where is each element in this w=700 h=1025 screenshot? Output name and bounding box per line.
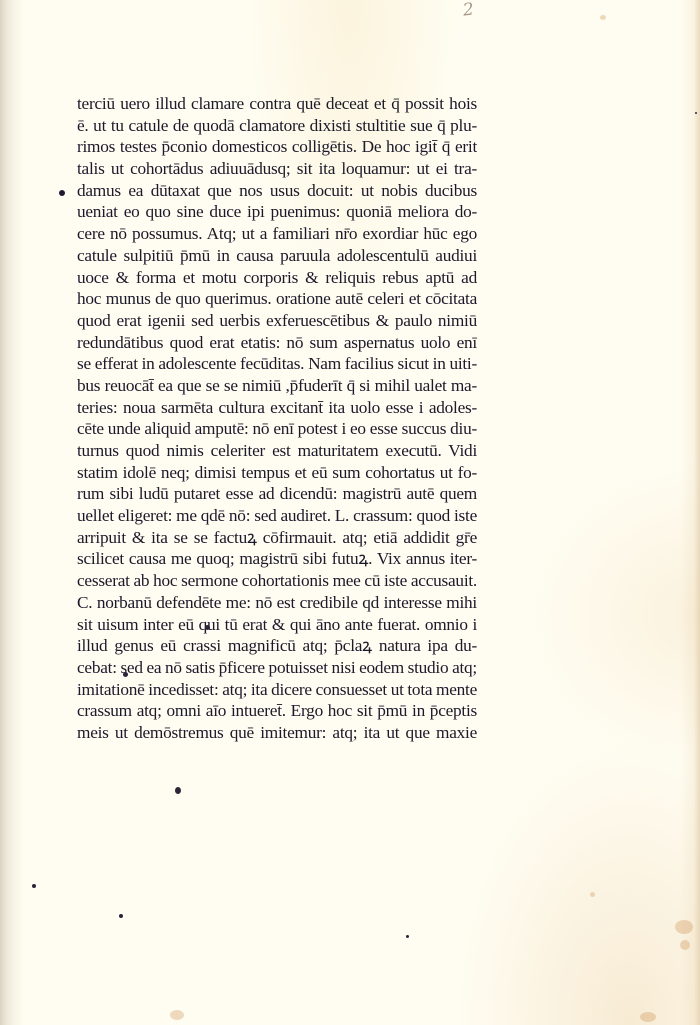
text-line: cēte unde aliquid amputē: nō enī potest … [77, 418, 477, 440]
text-line: cebat: sed ea nō satis p̄ficere potuisse… [77, 657, 477, 679]
text-line: C. norbanū defendēte me: nō est credibil… [77, 592, 477, 614]
foxing-spot [680, 940, 690, 950]
foxing-spot [640, 1012, 656, 1022]
ink-spot [175, 787, 181, 794]
ink-spot [695, 112, 697, 114]
text-line: sit uisum inter eū qui tū erat & qui āno… [77, 614, 477, 636]
text-line: statim idolē neq; dimisi tempus et eū su… [77, 462, 477, 484]
paragraph-marker-dot [59, 190, 65, 196]
text-line: bus reuocāt̄ ea que se se nimiū ,p̄fuder… [77, 375, 477, 397]
text-line: crassum atq; omni aīo intueret̄. Ergo ho… [77, 700, 477, 722]
ink-spot [32, 884, 36, 888]
text-line: cesserat ab hoc sermone cohortationis me… [77, 570, 477, 592]
text-line: talis ut cohortādus adiuuādusq; sit ita … [77, 158, 477, 180]
text-line: quod erat igenii sed uerbis exferuescēti… [77, 310, 477, 332]
ink-spot [406, 935, 409, 938]
text-line: arripuit & ita se se factuꝝ cōfirmauit. … [77, 527, 477, 549]
foxing-spot [675, 920, 693, 934]
text-line: catule sulpitiū p̄mū in causa paruula ad… [77, 245, 477, 267]
text-line: redundātibus quod erat etatis: nō sum as… [77, 332, 477, 354]
foxing-spot [590, 892, 595, 897]
text-line: rum sibi ludū putaret esse ad dicendū: m… [77, 483, 477, 505]
text-line: uellet eligeret: me qdē nō: sed audiret.… [77, 505, 477, 527]
text-line: teries: noua sarmēta cultura excitant̄ i… [77, 397, 477, 419]
text-line: scilicet causa me quoq; magistrū sibi fu… [77, 548, 477, 570]
folio-number: 2 [462, 0, 476, 21]
text-line: hoc munus de quo querimus. oratione autē… [77, 288, 477, 310]
text-line: turnus quod nimis celeriter est maturita… [77, 440, 477, 462]
ink-spot [123, 672, 128, 677]
ink-spot [205, 625, 210, 630]
text-line: se efferat in adolescente fecūditas. Nam… [77, 353, 477, 375]
text-line: illud genus eū crassi magnificū atq; p̄c… [77, 635, 477, 657]
text-line: rimos testes p̄conio domesticos colligēt… [77, 136, 477, 158]
text-line: ē. ut tu catule de quodā clamatore dixis… [77, 115, 477, 137]
page-edge-shadow [694, 0, 700, 1025]
foxing-spot [600, 15, 606, 20]
text-line: imitationē incedisset: atq; ita dicere c… [77, 679, 477, 701]
text-line: uoce & forma et motu corporis & reliquis… [77, 267, 477, 289]
text-line: ueniat eo quo sine duce ipi puenimus: qu… [77, 201, 477, 223]
text-block: terciū uero illud clamare contra quē dec… [77, 93, 477, 744]
book-page: 2 terciū uero illud clamare contra quē d… [0, 0, 700, 1025]
text-line: meis ut demōstremus quē imitemur: atq; i… [77, 722, 477, 744]
foxing-spot [170, 1010, 184, 1020]
ink-spot [119, 914, 123, 918]
text-line: damus ea dūtaxat que nos usus docuit: ut… [77, 180, 477, 202]
text-line: terciū uero illud clamare contra quē dec… [77, 93, 477, 115]
text-line: cere nō possumus. Atq; ut a familiari nr… [77, 223, 477, 245]
